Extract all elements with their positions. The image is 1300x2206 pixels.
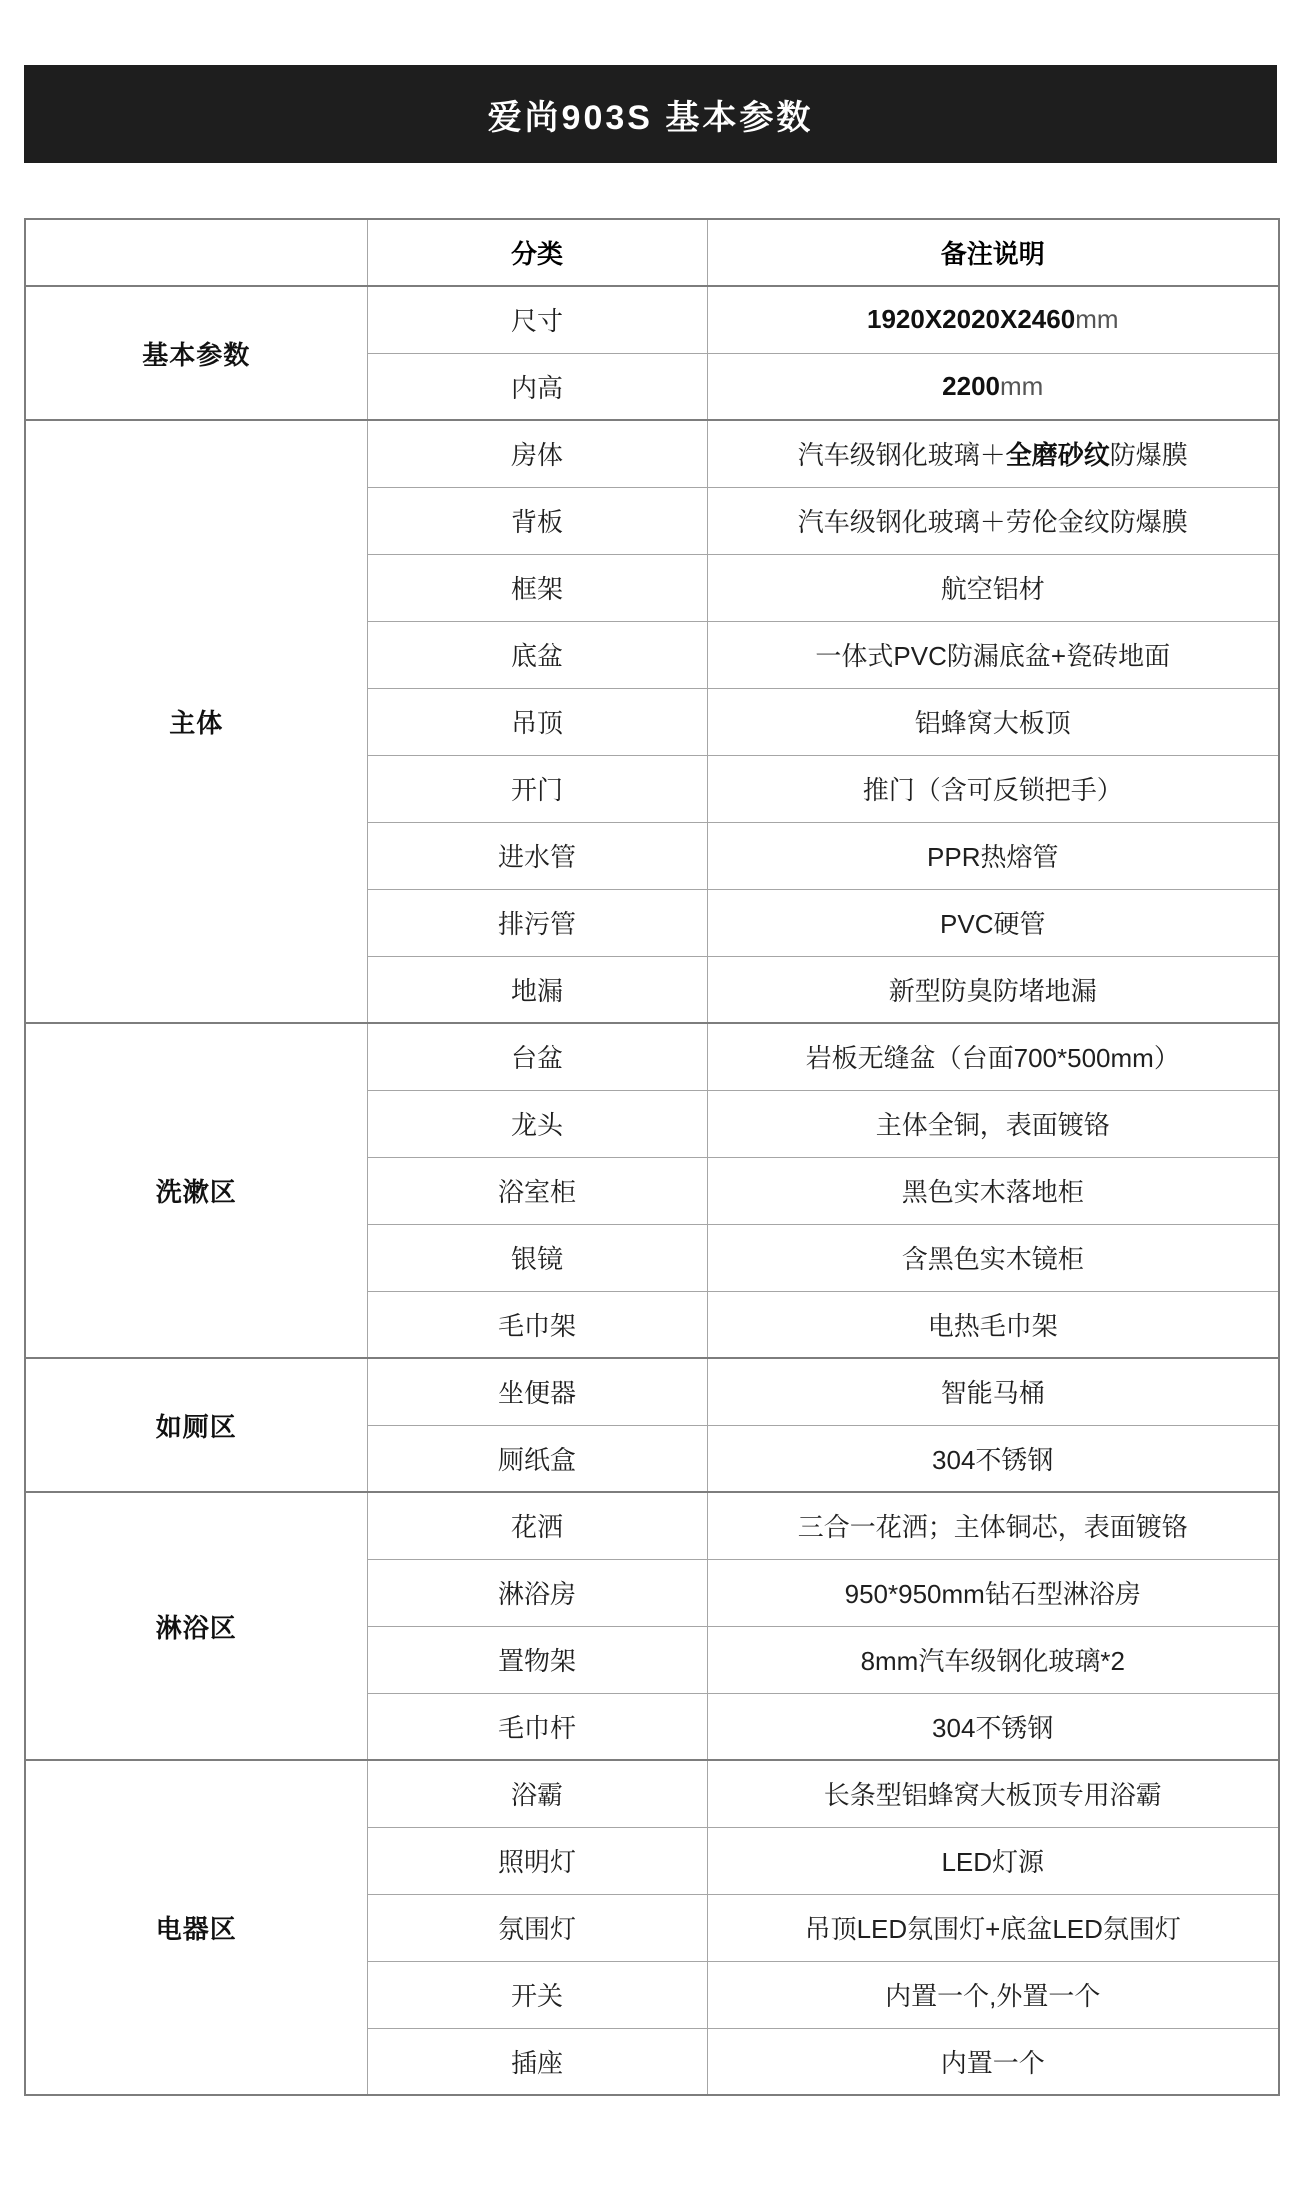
group-cell-shower-area: 淋浴区 <box>25 1492 367 1760</box>
label-cell: 照明灯 <box>367 1827 707 1894</box>
value-text: 智能马桶 <box>941 1378 1045 1408</box>
label-cell: 厕纸盒 <box>367 1425 707 1492</box>
table-row: 洗漱区 台盆 岩板无缝盆（台面700*500mm） <box>25 1023 1279 1090</box>
value-text: 电热毛巾架 <box>928 1311 1058 1341</box>
label-cell: 房体 <box>367 420 707 487</box>
col-header-category: 分类 <box>367 219 707 286</box>
label-cell: 银镜 <box>367 1224 707 1291</box>
value-text: PVC硬管 <box>940 909 1045 939</box>
group-cell-electrical-area: 电器区 <box>25 1760 367 2095</box>
value-text: 三合一花洒；主体铜芯，表面镀铬 <box>798 1512 1188 1542</box>
value-bold: 全磨砂纹 <box>1006 440 1110 470</box>
value-cell: PPR热熔管 <box>707 822 1279 889</box>
label-cell: 浴室柜 <box>367 1157 707 1224</box>
value-text: 黑色实木落地柜 <box>902 1177 1084 1207</box>
value-cell: 主体全铜，表面镀铬 <box>707 1090 1279 1157</box>
table-header-row: 分类 备注说明 <box>25 219 1279 286</box>
table-row: 基本参数 尺寸 1920X2020X2460mm <box>25 286 1279 353</box>
value-text: PPR热熔管 <box>927 842 1058 872</box>
value-text: 新型防臭防堵地漏 <box>889 976 1097 1006</box>
value-cell: 电热毛巾架 <box>707 1291 1279 1358</box>
value-text: 汽车级钢化玻璃＋劳伦金纹防爆膜 <box>798 507 1188 537</box>
label-cell: 毛巾架 <box>367 1291 707 1358</box>
value-text: 铝蜂窝大板顶 <box>915 708 1071 738</box>
value-suffix: mm <box>1000 371 1043 401</box>
value-text: 航空铝材 <box>941 574 1045 604</box>
value-cell: 304不锈钢 <box>707 1693 1279 1760</box>
value-text: 吊顶LED氛围灯+底盆LED氛围灯 <box>805 1914 1181 1944</box>
label-cell: 背板 <box>367 487 707 554</box>
label-cell: 开门 <box>367 755 707 822</box>
value-strong: 2200 <box>942 371 1000 401</box>
table-row: 电器区 浴霸 长条型铝蜂窝大板顶专用浴霸 <box>25 1760 1279 1827</box>
label-cell: 吊顶 <box>367 688 707 755</box>
label-cell: 进水管 <box>367 822 707 889</box>
value-text: 一体式PVC防漏底盆+瓷砖地面 <box>815 641 1170 671</box>
label-cell: 龙头 <box>367 1090 707 1157</box>
label-cell: 尺寸 <box>367 286 707 353</box>
group-cell-basic-params: 基本参数 <box>25 286 367 420</box>
label-cell: 内高 <box>367 353 707 420</box>
value-strong: 1920X2020X2460 <box>867 304 1075 334</box>
group-cell-toilet-area: 如厕区 <box>25 1358 367 1492</box>
value-cell: 汽车级钢化玻璃＋劳伦金纹防爆膜 <box>707 487 1279 554</box>
value-cell: 长条型铝蜂窝大板顶专用浴霸 <box>707 1760 1279 1827</box>
value-cell: 岩板无缝盆（台面700*500mm） <box>707 1023 1279 1090</box>
group-cell-washing-area: 洗漱区 <box>25 1023 367 1358</box>
value-text: 304不锈钢 <box>932 1713 1053 1743</box>
value-cell: 吊顶LED氛围灯+底盆LED氛围灯 <box>707 1894 1279 1961</box>
label-cell: 氛围灯 <box>367 1894 707 1961</box>
page-title: 爱尚903S 基本参数 <box>488 90 814 139</box>
value-text: 岩板无缝盆（台面700*500mm） <box>806 1043 1180 1073</box>
value-cell: 内置一个,外置一个 <box>707 1961 1279 2028</box>
label-cell: 插座 <box>367 2028 707 2095</box>
col-header-notes: 备注说明 <box>707 219 1279 286</box>
value-text: 8mm汽车级钢化玻璃*2 <box>861 1646 1125 1676</box>
value-cell: 内置一个 <box>707 2028 1279 2095</box>
value-cell: 黑色实木落地柜 <box>707 1157 1279 1224</box>
label-cell: 框架 <box>367 554 707 621</box>
label-cell: 底盆 <box>367 621 707 688</box>
value-suffix: mm <box>1075 304 1118 334</box>
value-cell: 一体式PVC防漏底盆+瓷砖地面 <box>707 621 1279 688</box>
value-rest: 防爆膜 <box>1110 440 1188 470</box>
label-cell: 台盆 <box>367 1023 707 1090</box>
header-bar: 爱尚903S 基本参数 <box>24 65 1277 163</box>
spec-table: 分类 备注说明 基本参数 尺寸 1920X2020X2460mm 内高 2200… <box>24 218 1280 2096</box>
label-cell: 开关 <box>367 1961 707 2028</box>
value-cell: 304不锈钢 <box>707 1425 1279 1492</box>
value-cell: LED灯源 <box>707 1827 1279 1894</box>
value-cell: 推门（含可反锁把手） <box>707 755 1279 822</box>
value-cell: 铝蜂窝大板顶 <box>707 688 1279 755</box>
value-text: 主体全铜，表面镀铬 <box>876 1110 1110 1140</box>
value-text: 推门（含可反锁把手） <box>863 775 1123 805</box>
label-cell: 淋浴房 <box>367 1559 707 1626</box>
value-cell: 汽车级钢化玻璃＋全磨砂纹防爆膜 <box>707 420 1279 487</box>
value-cell: 1920X2020X2460mm <box>707 286 1279 353</box>
table-row: 淋浴区 花洒 三合一花洒；主体铜芯，表面镀铬 <box>25 1492 1279 1559</box>
value-text: LED灯源 <box>941 1847 1044 1877</box>
value-cell: PVC硬管 <box>707 889 1279 956</box>
label-cell: 地漏 <box>367 956 707 1023</box>
value-cell: 8mm汽车级钢化玻璃*2 <box>707 1626 1279 1693</box>
value-cell: 950*950mm钻石型淋浴房 <box>707 1559 1279 1626</box>
label-cell: 坐便器 <box>367 1358 707 1425</box>
group-cell-main-body: 主体 <box>25 420 367 1023</box>
label-cell: 毛巾杆 <box>367 1693 707 1760</box>
value-text: 304不锈钢 <box>932 1445 1053 1475</box>
value-cell: 三合一花洒；主体铜芯，表面镀铬 <box>707 1492 1279 1559</box>
label-cell: 置物架 <box>367 1626 707 1693</box>
value-cell: 智能马桶 <box>707 1358 1279 1425</box>
value-text: 含黑色实木镜柜 <box>902 1244 1084 1274</box>
value-text: 长条型铝蜂窝大板顶专用浴霸 <box>824 1780 1162 1810</box>
corner-cell <box>25 219 367 286</box>
value-text: 950*950mm钻石型淋浴房 <box>845 1579 1141 1609</box>
value-text: 汽车级钢化玻璃＋ <box>798 440 1006 470</box>
value-cell: 2200mm <box>707 353 1279 420</box>
value-text: 内置一个,外置一个 <box>885 1981 1100 2011</box>
value-cell: 航空铝材 <box>707 554 1279 621</box>
table-row: 如厕区 坐便器 智能马桶 <box>25 1358 1279 1425</box>
table-row: 主体 房体 汽车级钢化玻璃＋全磨砂纹防爆膜 <box>25 420 1279 487</box>
value-cell: 新型防臭防堵地漏 <box>707 956 1279 1023</box>
label-cell: 花洒 <box>367 1492 707 1559</box>
label-cell: 浴霸 <box>367 1760 707 1827</box>
value-text: 内置一个 <box>941 2048 1045 2078</box>
label-cell: 排污管 <box>367 889 707 956</box>
value-cell: 含黑色实木镜柜 <box>707 1224 1279 1291</box>
